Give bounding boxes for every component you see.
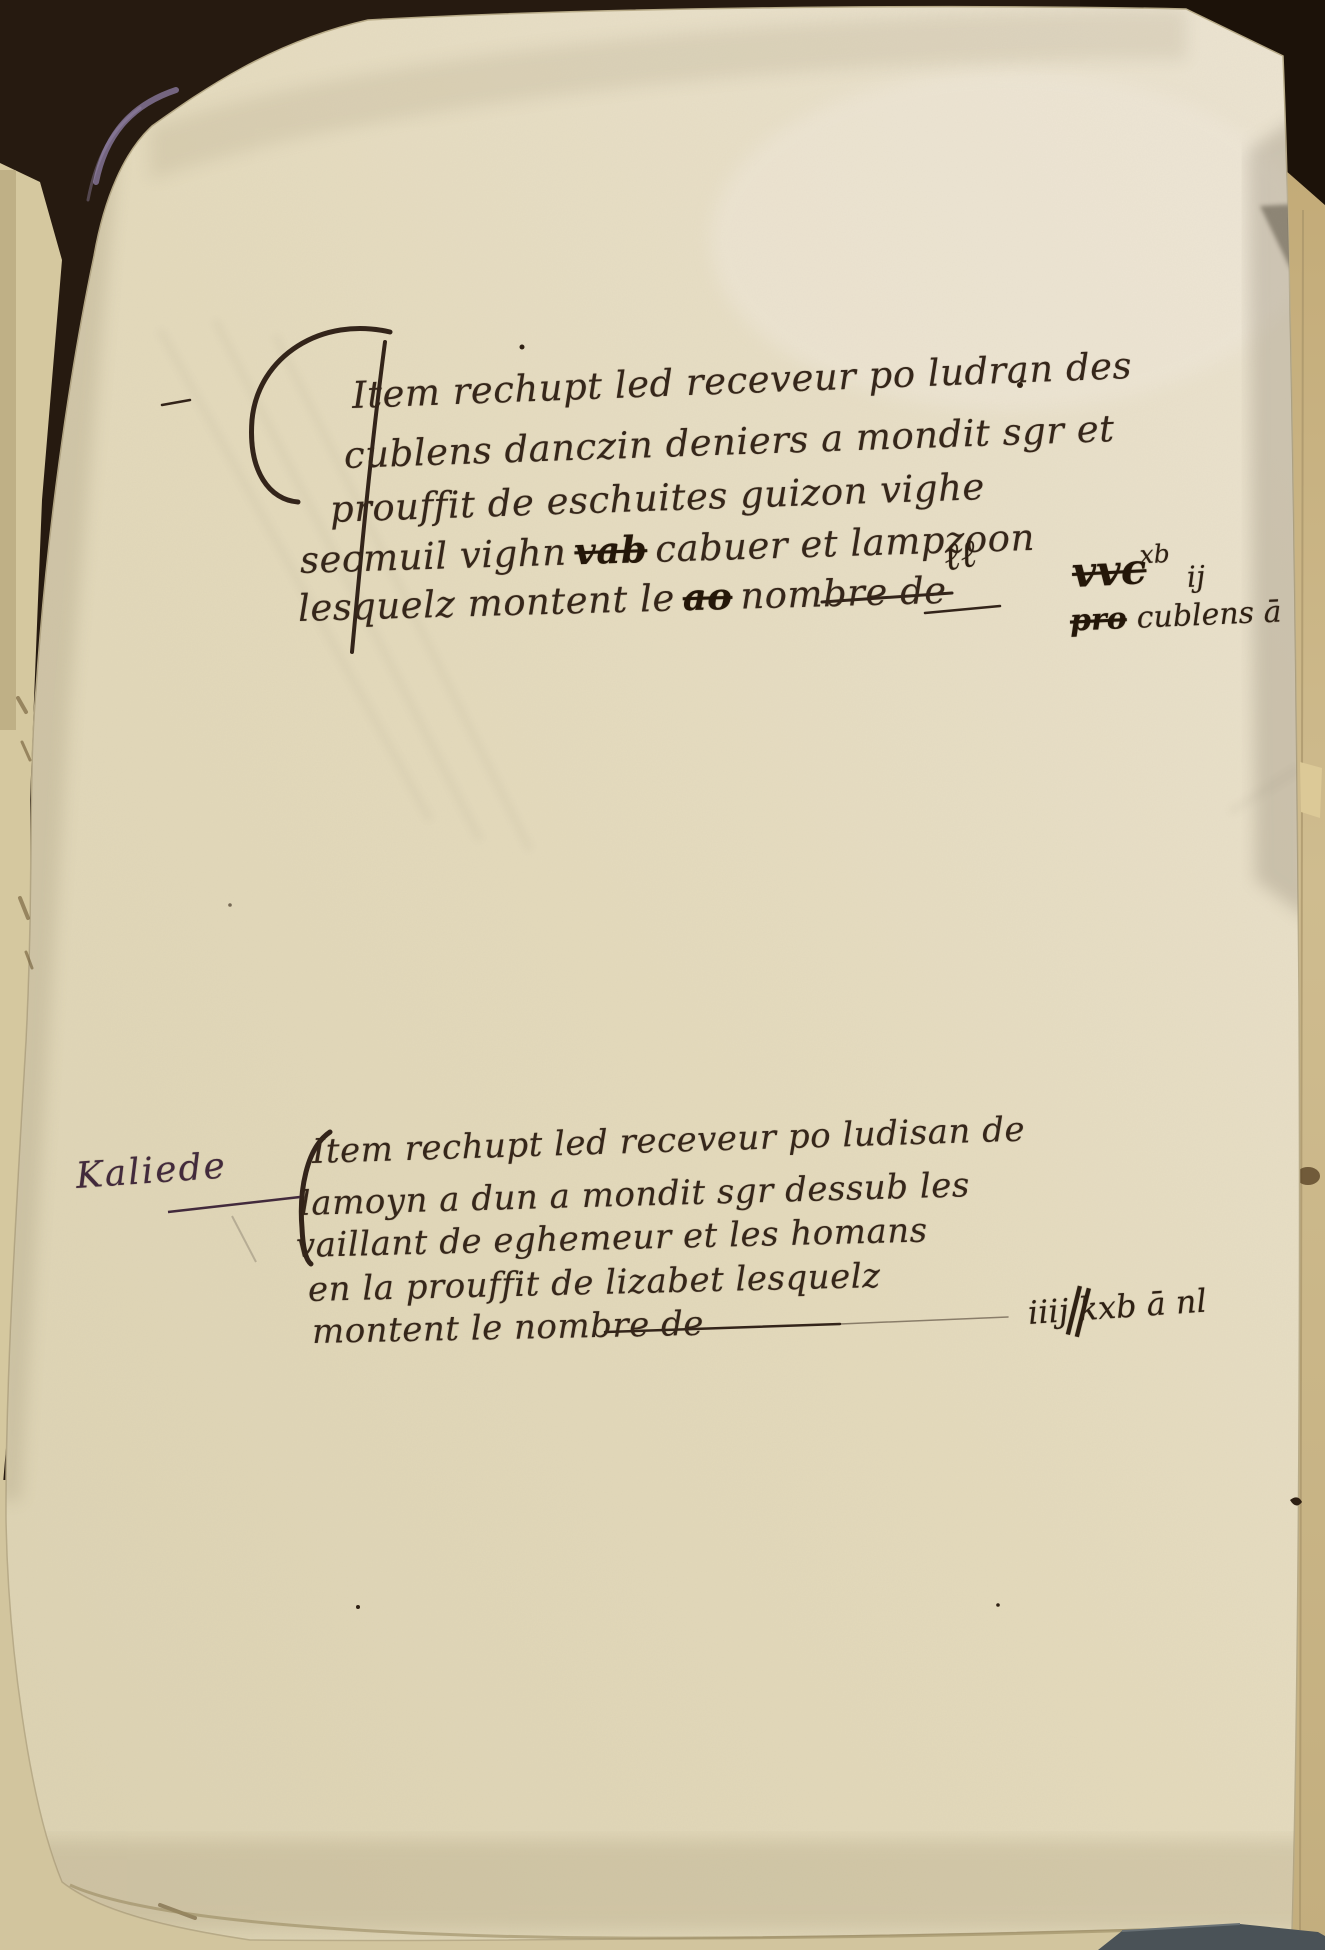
amount-text: cublens ā [1136, 594, 1282, 635]
spine-dark-strip [0, 170, 16, 730]
entry-line-text: secmuil vighn [299, 531, 567, 582]
manuscript-photo: Item rechupt led receveur po ludran des … [0, 0, 1325, 1950]
cancelled-amount: vvc [1071, 544, 1148, 597]
cancelled-word: vab [574, 527, 648, 573]
sum-mark: ℓℓ [940, 531, 980, 581]
amount-text: ij [1186, 559, 1206, 594]
amount-superscript: xb [1139, 539, 1171, 570]
entry-line-text: nombre de [740, 569, 947, 618]
fore-edge-highlight [1300, 762, 1322, 818]
amount-annotation: vvcxbij [1071, 541, 1206, 597]
entry-line: montent le nombre de [312, 1304, 705, 1352]
book-scene [0, 0, 1325, 1950]
paper-grain [0, 0, 1325, 1950]
cancelled-word: ao [682, 574, 733, 619]
cancelled-amount: pro [1069, 601, 1127, 638]
